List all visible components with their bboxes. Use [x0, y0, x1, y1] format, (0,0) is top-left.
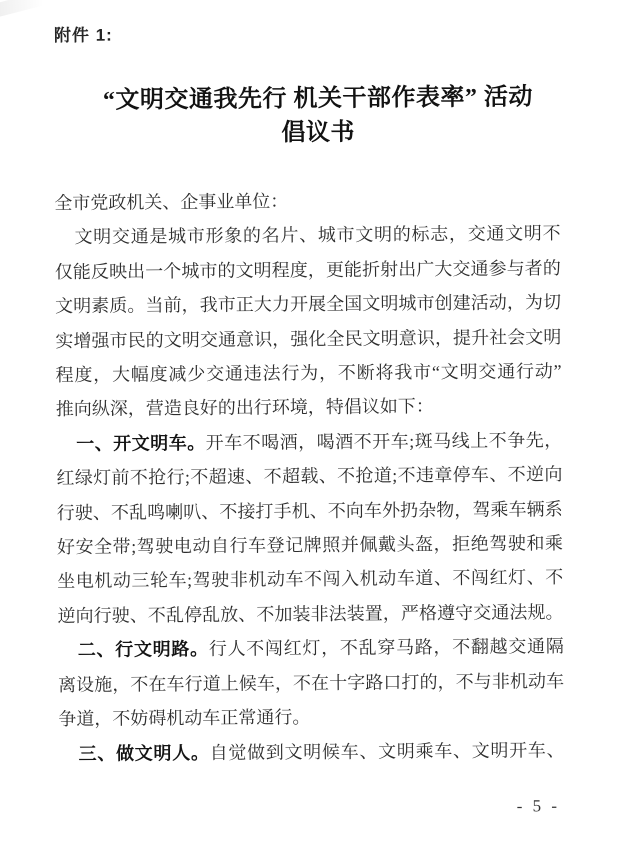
- attachment-label: 附件 1:: [54, 21, 113, 46]
- document-body: 全市党政机关、企事业单位：文明交通是城市形象的名片、城市文明的标志，交通文明不仅…: [54, 182, 565, 771]
- body-text: 争道，不妨碍机动车正常通行。: [58, 707, 310, 729]
- body-text: 好安全带;驾驶电动自行车登记牌照并佩戴头盔，拒绝驾驶和乘: [57, 533, 563, 557]
- text-line: 红绿灯前不抢行;不超速、不超载、不抢道;不违章停车、不逆向: [56, 457, 562, 495]
- text-line: 坐电机动三轮车;驾驶非机动车不闯入机动车道、不闯红灯、不: [57, 561, 563, 599]
- document-page: 附件 1: “文明交通我先行 机关干部作表率” 活动 倡议书 全市党政机关、企事…: [0, 0, 641, 844]
- text-line: 行驶、不乱鸣喇叭、不接打手机、不向车外扔杂物，驾乘车辆系: [57, 492, 563, 530]
- body-text: 行驶、不乱鸣喇叭、不接打手机、不向车外扔杂物，驾乘车辆系: [57, 499, 563, 523]
- text-line: 程度，大幅度减少交通违法行为，不断将我市“文明交通行动”: [55, 354, 561, 392]
- text-line: 全市党政机关、企事业单位：: [54, 182, 560, 220]
- body-text: 推向纵深，营造良好的出行环境，特倡议如下：: [56, 397, 434, 420]
- body-text: 全市党政机关、企事业单位：: [54, 191, 288, 213]
- text-line: 争道，不妨碍机动车正常通行。: [58, 698, 564, 736]
- text-line: 三、做文明人。自觉做到文明候车、文明乘车、文明开车、: [58, 733, 564, 771]
- body-text: 自觉做到文明候车、文明乘车、文明开车、: [210, 740, 565, 763]
- text-line: 文明素质。当前，我市正大力开展全国文明城市创建活动，为切: [55, 285, 561, 323]
- text-line: 逆向行驶、不乱停乱放、不加装非法装置，严格遵守交通法规。: [57, 595, 563, 633]
- text-line: 推向纵深，营造良好的出行环境，特倡议如下：: [56, 389, 562, 427]
- body-text: 程度，大幅度减少交通违法行为，不断将我市“文明交通行动”: [56, 361, 562, 385]
- body-text: 实增强市民的文明交通意识，强化全民文明意识，提升社会文明: [55, 327, 561, 351]
- text-line: 二、行文明路。行人不闯红灯，不乱穿马路，不翻越交通隔: [58, 629, 564, 667]
- bold-lead-text: 一、开文明车。: [76, 433, 206, 454]
- title-line-2: 倡议书: [0, 113, 639, 152]
- text-line: 文明交通是城市形象的名片、城市文明的标志，交通文明不: [54, 217, 560, 255]
- body-text: 离设施，不在车行道上候车，不在十字路口打的，不与非机动车: [58, 671, 564, 695]
- text-line: 好安全带;驾驶电动自行车登记牌照并佩戴头盔，拒绝驾驶和乘: [57, 526, 563, 564]
- document-title: “文明交通我先行 机关干部作表率” 活动 倡议书: [0, 79, 639, 152]
- bold-lead-text: 二、行文明路。: [78, 639, 209, 660]
- scan-smudge: [0, 0, 44, 19]
- text-line: 离设施，不在车行道上候车，不在十字路口打的，不与非机动车: [58, 664, 564, 702]
- body-text: 行人不闯红灯，不乱穿马路，不翻越交通隔: [209, 636, 564, 659]
- text-line: 一、开文明车。开车不喝酒，喝酒不开车;斑马线上不争先，: [56, 423, 562, 461]
- title-line-1: “文明交通我先行 机关干部作表率” 活动: [0, 79, 639, 118]
- scanned-content: 附件 1: “文明交通我先行 机关干部作表率” 活动 倡议书 全市党政机关、企事…: [0, 0, 641, 844]
- body-text: 文明交通是城市形象的名片、城市文明的标志，交通文明不: [74, 224, 560, 248]
- bold-lead-text: 三、做文明人。: [79, 742, 210, 763]
- body-text: 红绿灯前不抢行;不超速、不超载、不抢道;不违章停车、不逆向: [56, 464, 562, 488]
- body-text: 文明素质。当前，我市正大力开展全国文明城市创建活动，为切: [55, 292, 561, 316]
- body-text: 开车不喝酒，喝酒不开车;斑马线上不争先，: [206, 430, 563, 453]
- body-text: 逆向行驶、不乱停乱放、不加装非法装置，严格遵守交通法规。: [57, 602, 563, 626]
- text-line: 实增强市民的文明交通意识，强化全民文明意识，提升社会文明: [55, 320, 561, 358]
- page-number: - 5 -: [517, 796, 560, 816]
- text-line: 仅能反映出一个城市的文明程度，更能折射出广大交通参与者的: [55, 251, 561, 289]
- body-text: 仅能反映出一个城市的文明程度，更能折射出广大交通参与者的: [55, 258, 561, 282]
- body-text: 坐电机动三轮车;驾驶非机动车不闯入机动车道、不闯红灯、不: [57, 568, 563, 592]
